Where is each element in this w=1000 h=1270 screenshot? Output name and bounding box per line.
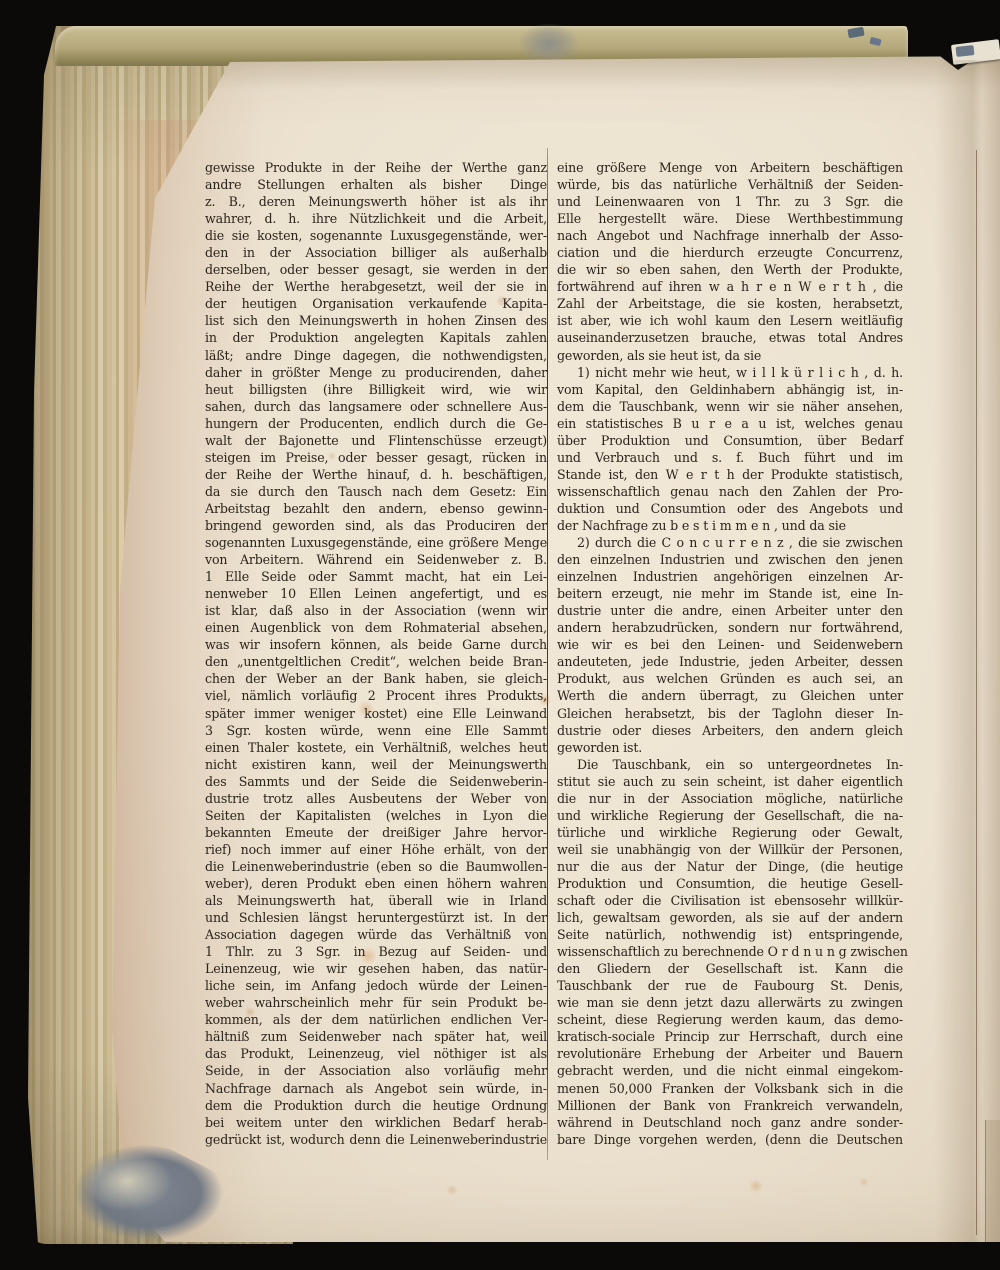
text-line: vom Kapital, den Geldinhabern abhängig i… (557, 381, 903, 398)
text-line: und wirkliche Regierung der Gesellschaft… (557, 807, 903, 824)
text-line: wahrer, d. h. ihre Nützlichkeit und die … (205, 210, 547, 227)
text-line: was wir insofern können, als beide Garne… (205, 636, 547, 653)
gutter-crease-line (976, 150, 977, 1235)
text-line: stitut sie auch zu sein scheint, ist dah… (557, 773, 903, 790)
text-line: gewisse Produkte in der Reihe der Werthe… (205, 159, 547, 176)
text-line: den einzelnen Industrien und zwischen de… (557, 551, 903, 568)
text-line: wissenschaftlich genau nach den Zahlen d… (557, 483, 903, 500)
text-line: die Leinenweberindustrie (eben so die Ba… (205, 858, 547, 875)
text-line: Tauschbank der rue de Faubourg St. Denis… (557, 977, 903, 994)
text-line: wissenschaftlich zu berechnende O r d n … (557, 943, 903, 960)
text-line: ein statistisches B u r e a u ist, welch… (557, 415, 903, 432)
text-line: geworden ist. (557, 739, 903, 756)
text-line: nenweber 10 Ellen Leinen angefertigt, un… (205, 585, 547, 602)
text-line: andeuteten, jede Industrie, jeden Arbeit… (557, 653, 903, 670)
text-line: Elle hergestellt wäre. Diese Werthbestim… (557, 210, 903, 227)
text-line: den Gliedern der Gesellschaft ist. Kann … (557, 960, 903, 977)
text-line: Produkt, aus welchen Gründen es auch sei… (557, 670, 903, 687)
text-line: Zahl der Arbeitstage, die sie kosten, he… (557, 295, 903, 312)
text-line: menen 50,000 Franken der Volksbank sich … (557, 1080, 903, 1097)
text-line: daher in größter Menge zu producirenden,… (205, 364, 547, 381)
text-line: Gleichen herabsetzt, bis der Taglohn die… (557, 705, 903, 722)
text-line: beitern erzeugt, nie mehr im Stande ist,… (557, 585, 903, 602)
text-line: geworden, als sie heut ist, da sie (557, 347, 903, 364)
text-line: Millionen der Bank von Frankreich verwan… (557, 1097, 903, 1114)
text-line: Produktion und Consumtion, die heutige G… (557, 875, 903, 892)
underleaf-strip (986, 1120, 1000, 1242)
text-line: und Schlesien längst heruntergestürzt is… (205, 909, 547, 926)
text-line: lich, gewaltsam geworden, als sie auf de… (557, 909, 903, 926)
text-line: den in der Association billiger als auße… (205, 244, 547, 261)
gutter-shadow (935, 60, 1000, 1242)
text-line: sogenannten Luxusgegenstände, eine größe… (205, 534, 547, 551)
column-right: eine größere Menge von Arbeitern beschäf… (557, 159, 903, 1148)
text-line: der Nachfrage zu b e s t i m m e n , und… (557, 517, 903, 534)
text-line: Die Tauschbank, ein so untergeordnetes I… (557, 756, 903, 773)
text-line: Arbeitstag bezahlt den andern, ebenso ge… (205, 500, 547, 517)
text-line: 3 Sgr. kosten würde, wenn eine Elle Samm… (205, 722, 547, 739)
text-line: dustrie unter die andre, einen Arbeiter … (557, 602, 903, 619)
top-edge-paint-chip (956, 45, 975, 57)
text-line: später immer weniger kostet) eine Elle L… (205, 705, 547, 722)
text-line: die wir so eben sahen, den Werth der Pro… (557, 261, 903, 278)
text-line: die sie kosten, sogenannte Luxusgegenstä… (205, 227, 547, 244)
text-line: weil sie unabhängig von der Willkür der … (557, 841, 903, 858)
text-line: andre Stellungen erhalten als bisher Din… (205, 176, 547, 193)
text-line: viel, nämlich vorläufig 2 Procent ihres … (205, 687, 547, 704)
text-line: bei weitem unter den wirklichen Bedarf h… (205, 1114, 547, 1131)
text-line: dustrie trotz alles Ausbeutens der Weber… (205, 790, 547, 807)
text-line: Werth die andern überragt, zu Gleichen u… (557, 687, 903, 704)
text-line: kratisch-sociale Princip zur Herrschaft,… (557, 1028, 903, 1045)
text-line: list sich den Meinungswerth in hohen Zin… (205, 312, 547, 329)
text-line: einen Thaler kostete, ein Verhältniß, we… (205, 739, 547, 756)
text-line: wie man sie denn jetzt dazu allerwärts z… (557, 994, 903, 1011)
text-line: ist aber, wie ich wohl kaum den Lesern w… (557, 312, 903, 329)
text-line: derselben, oder besser gesagt, sie werde… (205, 261, 547, 278)
text-line: türliche und wirkliche Regierung oder Ge… (557, 824, 903, 841)
text-line: rief) noch immer auf einer Höhe erhält, … (205, 841, 547, 858)
text-line: über Produktion und Consumtion, über Bed… (557, 432, 903, 449)
text-line: Leinenzeug, wie wir gesehen haben, das n… (205, 960, 547, 977)
text-line: hältniß zum Seidenweber nach später hat,… (205, 1028, 547, 1045)
text-line: ist klar, daß also in der Association (w… (205, 602, 547, 619)
text-line: würde, bis das natürliche Verhältniß der… (557, 176, 903, 193)
text-line: heut billigsten (ihre Billigkeit wird, w… (205, 381, 547, 398)
text-line: der Reihe der Werthe hinauf, d. h. besch… (205, 466, 547, 483)
text-line: der heutigen Organisation verkaufende Ka… (205, 295, 547, 312)
text-line: bringend geworden sind, als das Producir… (205, 517, 547, 534)
column-left: gewisse Produkte in der Reihe der Werthe… (205, 159, 547, 1148)
text-line: 1 Elle Seide oder Sammt macht, hat ein L… (205, 568, 547, 585)
book-scan: gewisse Produkte in der Reihe der Werthe… (0, 0, 1000, 1270)
text-line: gebracht werden, und die nicht einmal ei… (557, 1062, 903, 1079)
text-line: des Sammts und der Seide die Seidenweber… (205, 773, 547, 790)
text-line: weber wahrscheinlich mehr für sein Produ… (205, 994, 547, 1011)
text-line: Stande ist, den W e r t h der Produkte s… (557, 466, 903, 483)
text-line: den „unentgeltlichen Credit“, welchen be… (205, 653, 547, 670)
page-corner-seam (985, 1120, 986, 1242)
text-line: revolutionäre Erhebung der Arbeiter und … (557, 1045, 903, 1062)
text-line: andern herabzudrücken, sondern nur fortw… (557, 619, 903, 636)
text-line: von Arbeitern. Während ein Seidenweber z… (205, 551, 547, 568)
text-line: liche sein, im Anfang jedoch würde der L… (205, 977, 547, 994)
column-divider-rule (547, 148, 548, 1160)
text-line: fortwährend auf ihren w a h r e n W e r … (557, 278, 903, 295)
text-line: läßt; andre Dinge dagegen, die nothwendi… (205, 347, 547, 364)
text-line: steigen im Preise, oder besser gesagt, r… (205, 449, 547, 466)
text-line: und Leinenwaaren von 1 Thr. zu 3 Sgr. di… (557, 193, 903, 210)
text-line: scheint, diese Regierung werden kaum, da… (557, 1011, 903, 1028)
text-line: einen Augenblick von dem Rohmaterial abs… (205, 619, 547, 636)
text-line: da sie durch den Tausch nach dem Gesetz:… (205, 483, 547, 500)
text-line: Association dagegen würde das Verhältniß… (205, 926, 547, 943)
text-line: 1 Thlr. zu 3 Sgr. in Bezug auf Seiden- u… (205, 943, 547, 960)
text-line: nicht existiren kann, weil der Meinungsw… (205, 756, 547, 773)
text-line: eine größere Menge von Arbeitern beschäf… (557, 159, 903, 176)
text-line: bare Dinge vorgehen werden, (denn die De… (557, 1131, 903, 1148)
text-line: wie wir es bei den Leinen- und Seidenweb… (557, 636, 903, 653)
text-line: Seiten der Kapitalisten (welches in Lyon… (205, 807, 547, 824)
text-line: und Verbrauch und s. f. Buch führt und i… (557, 449, 903, 466)
text-line: nur die aus der Natur der Dinge, (die he… (557, 858, 903, 875)
text-line: z. B., deren Meinungswerth höher ist als… (205, 193, 547, 210)
text-line: duktion und Consumtion oder des Angebots… (557, 500, 903, 517)
text-line: weber), deren Produkt eben einen höhern … (205, 875, 547, 892)
text-line: walt der Bajonette und Flintenschüsse er… (205, 432, 547, 449)
text-line: ciation und die hierdurch erzeugte Concu… (557, 244, 903, 261)
text-line: nach Angebot und Nachfrage innerhalb der… (557, 227, 903, 244)
text-line: auseinanderzusetzen brauche, etwas total… (557, 329, 903, 346)
text-line: dem die Produktion durch die heutige Ord… (205, 1097, 547, 1114)
text-line: gedrückt ist, wodurch denn die Leinenweb… (205, 1131, 547, 1148)
text-line: dem die Tauschbank, wenn wir sie näher a… (557, 398, 903, 415)
text-line: bekannten Emeute der dreißiger Jahre her… (205, 824, 547, 841)
text-line: chen der Weber an der Bank haben, sie gl… (205, 670, 547, 687)
text-line: die nur in der Association mögliche, nat… (557, 790, 903, 807)
text-line: sahen, durch das langsamere oder schnell… (205, 398, 547, 415)
text-line: Reihe der Werthe herabgesetzt, weil der … (205, 278, 547, 295)
text-line: einzelnen Industrien angehörigen einzeln… (557, 568, 903, 585)
text-line: als Meinungswerth hat, überall wie in Ir… (205, 892, 547, 909)
text-line: Seide, in der Association also vorläufig… (205, 1062, 547, 1079)
text-line: dustrie oder dieses Arbeiters, den ander… (557, 722, 903, 739)
text-line: 2) durch die C o n c u r r e n z , die s… (557, 534, 903, 551)
text-line: 1) nicht mehr wie heut, w i l l k ü r l … (557, 364, 903, 381)
text-line: hungern der Producenten, endlich durch d… (205, 415, 547, 432)
text-line: in der Produktion angelegten Kapitals za… (205, 329, 547, 346)
text-line: Nachfrage darnach als Angebot sein würde… (205, 1080, 547, 1097)
text-line: schaft oder die Civilisation ist ebensos… (557, 892, 903, 909)
text-line: Seite natürlich, nothwendig ist) entspri… (557, 926, 903, 943)
text-line: das Produkt, Leinenzeug, viel nöthiger i… (205, 1045, 547, 1062)
text-line: kommen, als der dem natürlichen endliche… (205, 1011, 547, 1028)
top-edge-smudge (520, 24, 578, 64)
text-line: während in Deutschland noch ganz andre s… (557, 1114, 903, 1131)
